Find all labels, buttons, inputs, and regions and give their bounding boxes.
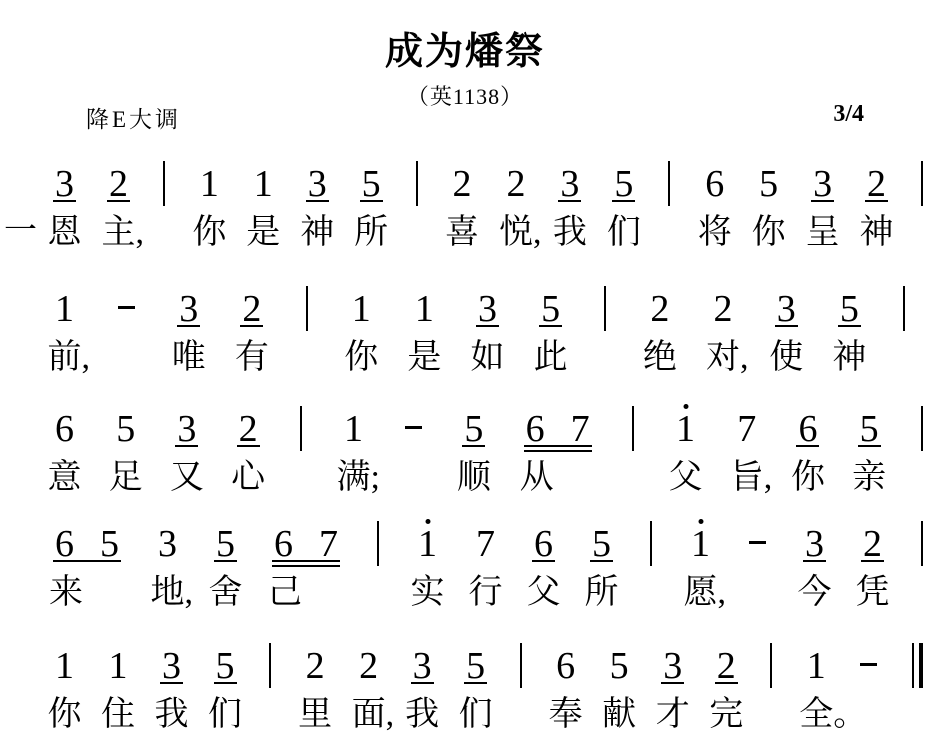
note-digit: 2 (506, 162, 525, 208)
note-column: 5们 (216, 644, 235, 734)
music-system: 6意5足3又2心1满;5顺67从1父7旨,6你5亲 (55, 407, 923, 497)
note-column: 3地, (158, 522, 177, 612)
note-column: 2喜 (453, 162, 472, 252)
duration-underline (811, 200, 834, 202)
note-column: 2凭 (863, 522, 882, 612)
note-digit: 6 (556, 644, 575, 690)
lyric-syllable: 愿, (684, 574, 718, 612)
lyric-syllable: 亲 (852, 459, 886, 497)
duration-underline (240, 325, 263, 327)
lyric-syllable: 你 (752, 214, 786, 252)
duration-underline (411, 682, 434, 684)
note-column: 5舍 (216, 522, 235, 612)
lyric-syllable: 完 (709, 696, 743, 734)
note-column: 67己 (274, 522, 338, 612)
lyric-syllable: 地, (151, 574, 185, 612)
duration-underline (306, 200, 329, 202)
lyric-syllable: 如 (470, 339, 504, 377)
barline (604, 287, 606, 339)
lyric-syllable: 你 (344, 339, 378, 377)
note-column: 3神 (308, 162, 327, 252)
lyric-syllable: 此 (534, 339, 568, 377)
lyric-syllable: 全。 (799, 696, 833, 734)
barline (377, 522, 379, 574)
note-digit: 1 (254, 162, 273, 208)
note-digit: 1 (415, 287, 434, 333)
note-column: 3今 (805, 522, 824, 612)
lyric-syllable: 实 (411, 574, 445, 612)
lyric-syllable: 你 (791, 459, 825, 497)
note-column: 5此 (541, 287, 560, 377)
note-digit: 1 (200, 162, 219, 208)
lyric-syllable: 才 (656, 696, 690, 734)
duration-underline (558, 200, 581, 202)
note-column: 6你 (798, 407, 817, 497)
note-column: 3如 (478, 287, 497, 377)
note-column: 67从 (526, 407, 590, 497)
duration-underline (861, 560, 884, 562)
lyric-syllable: 从 (520, 459, 554, 497)
note-column: 2绝 (650, 287, 669, 377)
duration-underline (360, 200, 383, 202)
lyric-syllable: 悦, (499, 214, 533, 252)
note-column: 1是 (254, 162, 273, 252)
duration-underline (160, 682, 183, 684)
lyric-syllable: 有 (235, 339, 269, 377)
lyric-syllable: 意 (48, 459, 82, 497)
note-digit: 1 (691, 522, 710, 568)
duration-underline (476, 325, 499, 327)
lyric-syllable: 你 (48, 696, 82, 734)
duration-underline (214, 560, 237, 562)
lyric-syllable: 使 (769, 339, 803, 377)
barline (416, 162, 418, 214)
note-column: 5神 (840, 287, 859, 377)
note-digit: 6 (705, 162, 724, 208)
note-column: 5顺 (464, 407, 483, 497)
duration-underline (464, 682, 487, 684)
duration-dash (405, 407, 422, 459)
note-digit: 2 (359, 644, 378, 690)
note-digit: 1 (418, 522, 437, 568)
lyric-syllable: 我 (405, 696, 439, 734)
duration-underline (524, 445, 592, 447)
note-column: 1是 (415, 287, 434, 377)
note-digit: 1 (109, 644, 128, 690)
duration-underline (524, 450, 592, 452)
lyric-syllable: 是 (246, 214, 280, 252)
lyric-syllable: 又 (170, 459, 204, 497)
note-column: 7行 (476, 522, 495, 612)
barline (520, 644, 522, 696)
note-digit: 6 (55, 407, 74, 453)
note-digit: 2 (453, 162, 472, 208)
note-column: 2对, (714, 287, 733, 377)
duration-underline (53, 200, 76, 202)
lyric-syllable: 我 (155, 696, 189, 734)
octave-dot (683, 404, 688, 409)
note-column: 5所 (592, 522, 611, 612)
lyric-syllable: 们 (208, 696, 242, 734)
note-column: 3我 (162, 644, 181, 734)
note-column: 3唯 (179, 287, 198, 377)
barline (921, 522, 923, 574)
barline (921, 407, 923, 459)
note-digit: 7 (476, 522, 495, 568)
lyric-syllable: 主, (101, 214, 135, 252)
note-digit: 7 (737, 407, 756, 453)
lyric-syllable: 奉 (549, 696, 583, 734)
lyric-syllable: 们 (459, 696, 493, 734)
note-column: 1住 (109, 644, 128, 734)
octave-dot (698, 519, 703, 524)
note-column: 5献 (610, 644, 629, 734)
barline (300, 407, 302, 459)
music-system: 3恩2主,1你1是3神5所2喜2悦,3我5们6将5你3呈2神 (55, 162, 923, 252)
note-column: 3我 (413, 644, 432, 734)
final-barline (912, 644, 923, 696)
note-column: 6奉 (556, 644, 575, 734)
note-digit: 5 (759, 162, 778, 208)
note-column: 6父 (534, 522, 553, 612)
music-system: 65来3地,5舍67己1实7行6父5所1愿,3今2凭 (55, 522, 923, 612)
duration-dash (118, 287, 135, 339)
duration-underline (177, 325, 200, 327)
note-column: 1你 (200, 162, 219, 252)
note-digit: 2 (714, 287, 733, 333)
note-column: 5所 (362, 162, 381, 252)
lyric-syllable: 神 (300, 214, 334, 252)
song-title: 成为燔祭 (0, 20, 930, 75)
duration-underline (237, 445, 260, 447)
lyric-syllable: 是 (407, 339, 441, 377)
note-digit: 1 (807, 644, 826, 690)
lyric-syllable: 今 (798, 574, 832, 612)
note-column: 5足 (116, 407, 135, 497)
lyric-syllable: 足 (109, 459, 143, 497)
music-system: 1前,3唯2有1你1是3如5此2绝2对,3使5神 (55, 287, 905, 377)
note-digit: 5 (610, 644, 629, 690)
note-column: 1前, (55, 287, 74, 377)
lyric-syllable: 前, (48, 339, 82, 377)
lyric-syllable: 们 (607, 214, 641, 252)
note-column: 3我 (560, 162, 579, 252)
note-column: 6意 (55, 407, 74, 497)
duration-underline (796, 445, 819, 447)
duration-underline (175, 445, 198, 447)
barline (921, 162, 923, 214)
barline (770, 644, 772, 696)
note-column: 3恩 (55, 162, 74, 252)
duration-underline (532, 560, 555, 562)
lyric-syllable: 顺 (457, 459, 491, 497)
note-column: 1实 (418, 522, 437, 612)
note-digit: 2 (306, 644, 325, 690)
lyric-syllable: 神 (832, 339, 866, 377)
duration-underline (858, 445, 881, 447)
lyric-syllable: 住 (101, 696, 135, 734)
note-column: 5们 (614, 162, 633, 252)
note-column: 3呈 (813, 162, 832, 252)
verse-number: 一 (4, 212, 37, 250)
lyric-syllable: 舍 (209, 574, 243, 612)
note-column: 1你 (55, 644, 74, 734)
lyric-syllable: 恩 (48, 214, 82, 252)
note-column: 1你 (352, 287, 371, 377)
note-column: 1愿, (691, 522, 710, 612)
note-digit: 1 (676, 407, 695, 453)
lyric-syllable: 绝 (643, 339, 677, 377)
barline (668, 162, 670, 214)
lyric-syllable: 来 (49, 574, 83, 612)
note-column: 2有 (242, 287, 261, 377)
note-column: 1父 (676, 407, 695, 497)
lyric-syllable: 心 (231, 459, 265, 497)
duration-underline (612, 200, 635, 202)
lyric-syllable: 父 (527, 574, 561, 612)
note-column: 3才 (663, 644, 682, 734)
key-signature: 降E大调 (86, 101, 181, 134)
duration-dash (860, 644, 877, 696)
duration-underline (715, 682, 738, 684)
lyric-syllable: 我 (553, 214, 587, 252)
lyric-syllable: 面, (352, 696, 386, 734)
note-column: 7旨, (737, 407, 756, 497)
note-column: 6将 (705, 162, 724, 252)
lyric-syllable: 所 (585, 574, 619, 612)
duration-underline (838, 325, 861, 327)
lyric-syllable: 将 (698, 214, 732, 252)
lyric-syllable: 呈 (806, 214, 840, 252)
note-column: 2神 (867, 162, 886, 252)
lyric-syllable: 你 (192, 214, 226, 252)
note-column: 3又 (177, 407, 196, 497)
lyric-syllable: 里 (298, 696, 332, 734)
duration-underline (803, 560, 826, 562)
duration-underline (539, 325, 562, 327)
sheet-page: 成为燔祭 （英1138） 降E大调 3/4 一 3恩2主,1你1是3神5所2喜2… (0, 0, 930, 755)
note-column: 2面, (359, 644, 378, 734)
lyric-syllable: 旨, (730, 459, 764, 497)
duration-underline (590, 560, 613, 562)
note-digit: 1 (55, 644, 74, 690)
note-digit: 5 (116, 407, 135, 453)
note-digit: 3 (158, 522, 177, 568)
note-column: 65来 (55, 522, 119, 612)
lyric-syllable: 唯 (172, 339, 206, 377)
lyric-syllable: 所 (354, 214, 388, 252)
lyric-syllable: 父 (669, 459, 703, 497)
note-column: 5亲 (860, 407, 879, 497)
barline (306, 287, 308, 339)
note-column: 3使 (777, 287, 796, 377)
barline (269, 644, 271, 696)
note-column: 2主, (109, 162, 128, 252)
note-column: 1满; (344, 407, 363, 497)
duration-underline (272, 565, 340, 567)
barline (650, 522, 652, 574)
duration-underline (107, 200, 130, 202)
lyric-syllable: 己 (268, 574, 302, 612)
note-digit: 2 (650, 287, 669, 333)
duration-underline (53, 560, 121, 562)
note-digit: 1 (344, 407, 363, 453)
note-column: 5们 (466, 644, 485, 734)
lyric-syllable: 行 (469, 574, 503, 612)
note-column: 2完 (717, 644, 736, 734)
note-column: 5你 (759, 162, 778, 252)
note-column: 2里 (306, 644, 325, 734)
barline (163, 162, 165, 214)
time-signature: 3/4 (833, 101, 864, 128)
octave-dot (425, 519, 430, 524)
note-digit: 1 (55, 287, 74, 333)
duration-underline (661, 682, 684, 684)
note-digit: 1 (352, 287, 371, 333)
barline (632, 407, 634, 459)
note-column: 1全。 (807, 644, 826, 734)
lyric-syllable: 对, (706, 339, 740, 377)
duration-underline (214, 682, 237, 684)
lyric-syllable: 凭 (856, 574, 890, 612)
music-system: 1你1住3我5们2里2面,3我5们6奉5献3才2完1全。 (55, 644, 923, 734)
note-column: 2悦, (506, 162, 525, 252)
note-column: 2心 (239, 407, 258, 497)
lyric-syllable: 神 (860, 214, 894, 252)
barline (903, 287, 905, 339)
duration-underline (775, 325, 798, 327)
lyric-syllable: 满; (337, 459, 371, 497)
lyric-syllable: 献 (602, 696, 636, 734)
duration-underline (272, 560, 340, 562)
duration-underline (865, 200, 888, 202)
lyric-syllable: 喜 (445, 214, 479, 252)
duration-underline (462, 445, 485, 447)
duration-dash (749, 522, 766, 574)
